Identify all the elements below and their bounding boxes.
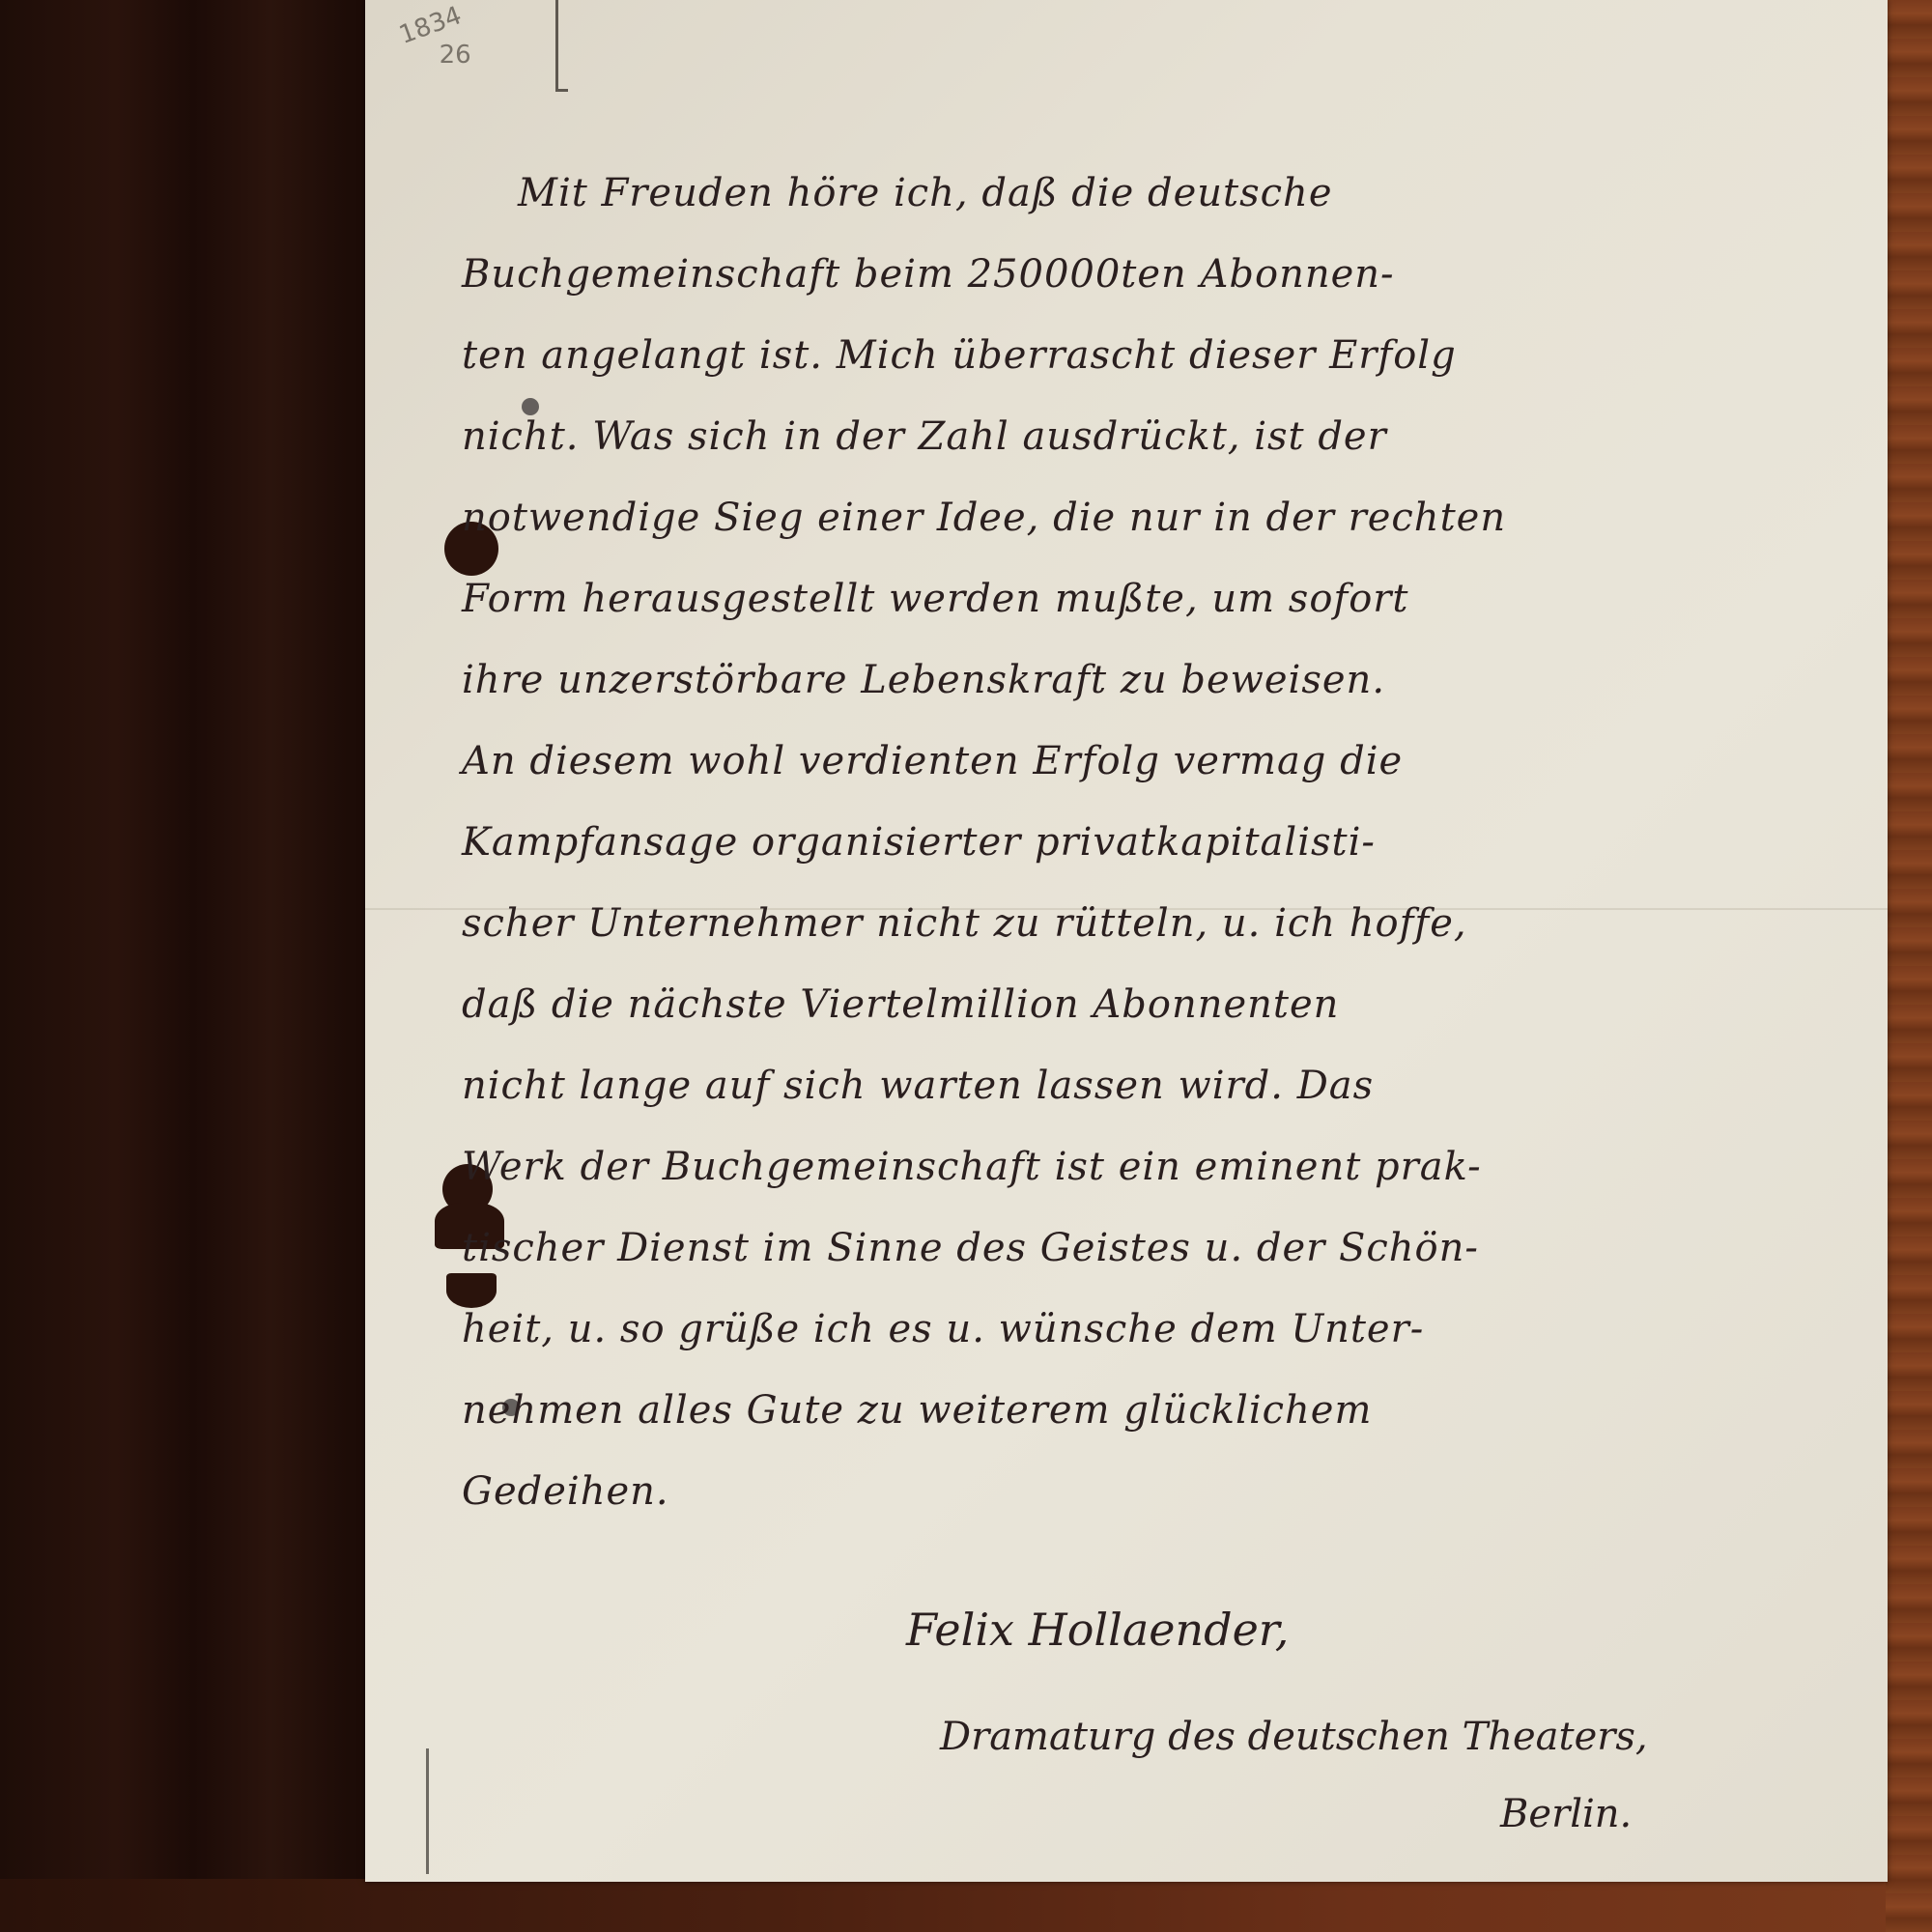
letter-line: Gedeihen. <box>462 1451 1795 1532</box>
letter-body: Mit Freuden höre ich, daß die deutsche B… <box>462 153 1795 1532</box>
wood-table-surface-bottom <box>0 1879 1932 1932</box>
signature: Felix Hollaender, <box>906 1604 1289 1656</box>
letter-line: tischer Dienst im Sinne des Geistes u. d… <box>462 1207 1795 1289</box>
wood-table-surface-right <box>1886 0 1932 1932</box>
letter-line: scher Unternehmer nicht zu rütteln, u. i… <box>462 883 1795 964</box>
letter-line: heit, u. so grüße ich es u. wünsche dem … <box>462 1289 1795 1370</box>
pencil-bracket-mark <box>555 0 568 92</box>
archive-pencil-note: 1834 26 <box>394 0 479 88</box>
letter-line: Buchgemeinschaft beim 250000ten Abonnen- <box>462 234 1795 315</box>
letter-line: ihre unzerstörbare Lebenskraft zu beweis… <box>462 639 1795 721</box>
letter-line: An diesem wohl verdienten Erfolg vermag … <box>462 721 1795 802</box>
letter-line: Mit Freuden höre ich, daß die deutsche <box>462 153 1795 234</box>
letter-line: Werk der Buchgemeinschaft ist ein eminen… <box>462 1126 1795 1207</box>
letter-line: Kampfansage organisierter privatkapitali… <box>462 802 1795 883</box>
letter-line: nicht. Was sich in der Zahl ausdrückt, i… <box>462 396 1795 477</box>
letter-line: ten angelangt ist. Mich überrascht diese… <box>462 315 1795 396</box>
letter-line: Form herausgestellt werden mußte, um sof… <box>462 558 1795 639</box>
letter-line: nehmen alles Gute zu weiterem glückliche… <box>462 1370 1795 1451</box>
letter-line: notwendige Sieg einer Idee, die nur in d… <box>462 477 1795 558</box>
letter-line: daß die nächste Viertelmillion Abonnente… <box>462 964 1795 1045</box>
archive-subnumber: 26 <box>440 37 474 73</box>
letter-line: nicht lange auf sich warten lassen wird.… <box>462 1045 1795 1126</box>
signer-location: Berlin. <box>1500 1792 1632 1836</box>
signer-title: Dramaturg des deutschen Theaters, <box>940 1715 1648 1759</box>
pencil-margin-line <box>426 1748 429 1874</box>
letter-paper: 1834 26 Mit Freuden höre ich, daß die de… <box>365 0 1888 1882</box>
